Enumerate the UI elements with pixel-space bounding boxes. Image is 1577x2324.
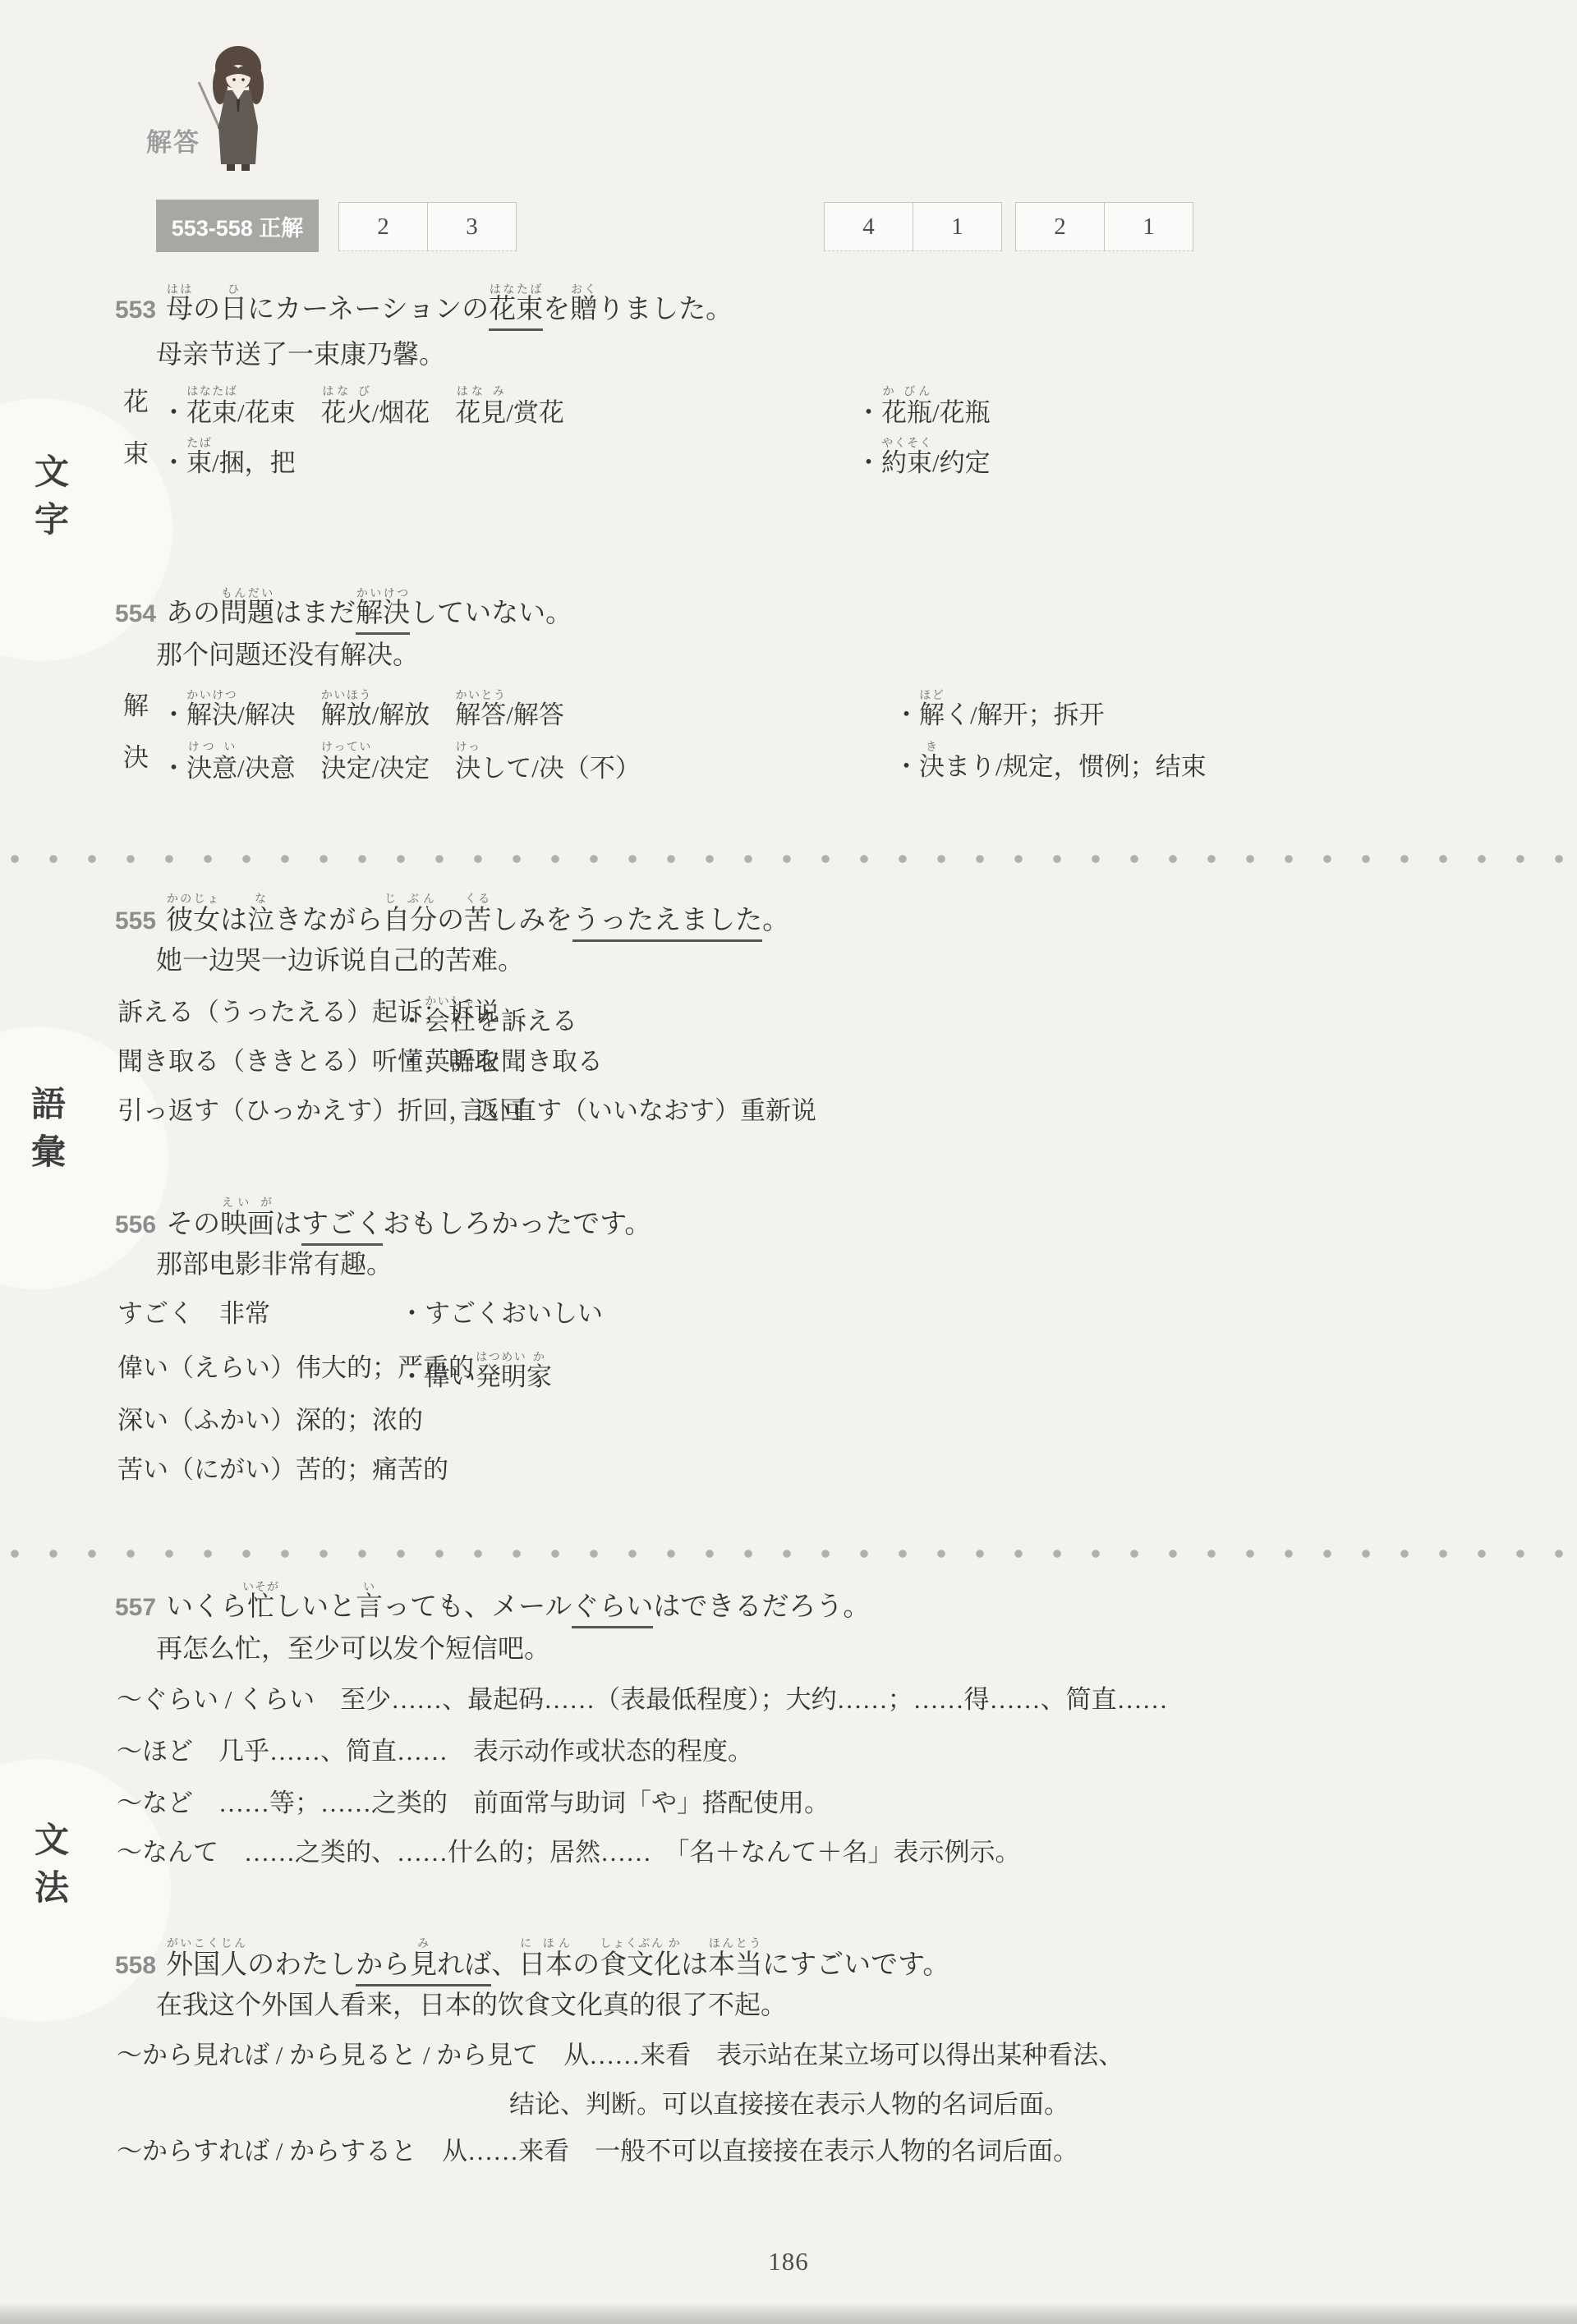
vocab-items: すごく 非常 [117,1297,270,1330]
question-sentence: 556その映画えい がはすごくおもしろかったです。 [115,1197,651,1242]
vocab-row: 引っ返す（ひっかえす）折回，返回 言い直す（いいなおす）重新说 [0,1095,1577,1131]
answer-section-label: 解答 [146,122,200,158]
grammar-note: ～など ……等；……之类的 前面常与助词「や」搭配使用。 [117,1787,830,1820]
question-number: 556 [115,1211,156,1238]
question-sentence: 557いくら忙いそがしいと言いっても、メールぐらいはできるだろう。 [115,1582,870,1625]
vocab-items-right: ・会社かいしゃを訴える [399,996,577,1038]
grammar-note-continuation: 结论、判断。可以直接接在表示人物的名词后面。 [509,2088,1069,2121]
sentence-text: その映画えい がはすごくおもしろかったです。 [166,1210,651,1246]
question-sentence: 554あの問題もんだいはまだ解決かいけつしていない。 [115,588,572,632]
sentence-text: あの問題もんだいはまだ解決かいけつしていない。 [166,599,572,635]
question-translation: 那个问题还没有解决。 [156,637,419,672]
answer-cell: 4 [824,202,913,251]
question-number: 553 [115,296,156,324]
vocab-items-right: ・すごくおいしい [399,1297,603,1330]
question-translation: 再怎么忙，至少可以发个短信吧。 [156,1631,550,1665]
question-translation: 她一边哭一边诉说自己的苦难。 [156,943,524,977]
vocab-items: 苦い（にがい）苦的；痛苦的 [117,1454,448,1486]
question-sentence: 558外国人がいこくじんのわたしから見みれば、日本に ほんの食文化しょくぶん か… [115,1938,949,1983]
vocab-head-kanji: 解 [123,690,149,723]
vocab-items: ・束たば/捆，把 [161,438,296,480]
vocab-row: 苦い（にがい）苦的；痛苦的 [0,1454,1577,1490]
vocab-row: 聞き取る（ききとる）听懂；听取 ・英語を聞き取る [0,1045,1577,1082]
answer-range-label: 553-558 正解 [156,200,319,252]
answer-cell: 1 [913,202,1002,251]
teacher-girl-illustration [195,39,271,172]
vocab-row: 訴える（うったえる）起诉；诉说 ・会社かいしゃを訴える [0,996,1577,1032]
grammar-note: ～ぐらい / くらい 至少……、最起码……（表最低程度）；大约……；……得……、… [117,1683,1168,1716]
vocab-head-kanji: 花 [123,386,149,419]
question-number: 557 [115,1594,156,1621]
vocab-items: ・花束はなたば/花束 花火はな び/烟花 花見はな み/赏花 [161,386,564,429]
answer-cell: 2 [1015,202,1105,251]
grammar-note: ～から見れば / から見ると / から見て 从……来看 表示站在某立场可以得出某… [117,2039,1124,2072]
answer-cell-group-2: 4 1 [824,202,1002,251]
question-number: 555 [115,907,156,935]
sentence-text: 外国人がいこくじんのわたしから見みれば、日本に ほんの食文化しょくぶん かは本当… [166,1950,949,1986]
vocab-row: 束 ・束たば/捆，把 ・約束やくそく/约定 [0,438,1577,474]
vocab-items: 深い（ふかい）深的；浓的 [117,1404,423,1437]
dotted-divider [10,1549,1567,1559]
sentence-text: いくら忙いそがしいと言いっても、メールぐらいはできるだろう。 [166,1592,870,1628]
vocab-items-right: ・偉い発明はつめい家か [399,1352,552,1394]
sentence-text: 母ははの日ひにカーネーションの花束はなたばを贈おくりました。 [166,295,733,331]
answer-cell: 3 [427,202,517,251]
vocab-items: ・解決かいけつ/解决 解放かいほう/解放 解答かいとう/解答 [161,690,564,732]
vocab-items-right: 言い直す（いいなおす）重新说 [460,1095,816,1128]
grammar-note: ～からすれば / からすると 从……来看 一般不可以直接接在表示人物的名词后面。 [117,2135,1078,2168]
vocab-items-right: ・約束やくそく/约定 [856,438,991,480]
vocab-row: 決 ・決意けつ い/决意 決定けってい/决定 決けっして/决（不） ・決きまり/… [0,742,1577,778]
vocab-row: 偉い（えらい）伟大的；严重的 ・偉い発明はつめい家か [0,1352,1577,1388]
answer-cell: 1 [1104,202,1193,251]
vocab-row: 花 ・花束はなたば/花束 花火はな び/烟花 花見はな み/赏花 ・花瓶か びん… [0,386,1577,422]
question-translation: 那部电影非常有趣。 [156,1247,393,1281]
vocab-items-right: ・英語を聞き取る [399,1045,603,1078]
grammar-note: ～なんて ……之类的、……什么的；居然…… 「名＋なんて＋名」表示例示。 [117,1836,1021,1869]
vocab-row: すごく 非常 ・すごくおいしい [0,1297,1577,1334]
vocab-items-right: ・花瓶か びん/花瓶 [856,386,991,429]
question-translation: 在我这个外国人看来，日本的饮食文化真的很了不起。 [156,1987,787,2022]
vocab-head-kanji: 決 [123,742,149,774]
vocab-items: ・決意けつ い/决意 決定けってい/决定 決けっして/决（不） [161,742,641,785]
vocab-items-right: ・決きまり/规定，惯例；结束 [894,742,1207,783]
grammar-note: ～ほど 几乎……、简直…… 表示动作或状态的程度。 [117,1735,753,1768]
vocab-items-right: ・解ほどく/解开；拆开 [894,690,1105,732]
textbook-answer-page: { "page": { "answer_label": "解答", "numbe… [0,0,1577,2324]
answer-cell-group-1: 2 3 [338,202,517,251]
vocab-head-kanji: 束 [123,438,149,471]
vocab-row: 解 ・解決かいけつ/解决 解放かいほう/解放 解答かいとう/解答 ・解ほどく/解… [0,690,1577,726]
answer-cell-group-3: 2 1 [1015,202,1193,251]
answer-cell: 2 [338,202,428,251]
sidebar-label-bunpou: 文法 [25,1821,74,1917]
page-number: 186 [0,2247,1577,2276]
question-number: 554 [115,600,156,627]
question-sentence: 553母ははの日ひにカーネーションの花束はなたばを贈おくりました。 [115,284,733,328]
page-bottom-edge [0,2303,1577,2324]
question-number: 558 [115,1952,156,1979]
sentence-text: 彼女かのじょは泣なきながら自分じ ぶんの苦くるしみをうったえました。 [166,906,789,942]
dotted-divider [10,854,1567,864]
vocab-row: 深い（ふかい）深的；浓的 [0,1404,1577,1440]
question-translation: 母亲节送了一束康乃馨。 [156,337,445,371]
question-sentence: 555彼女かのじょは泣なきながら自分じ ぶんの苦くるしみをうったえました。 [115,893,789,939]
